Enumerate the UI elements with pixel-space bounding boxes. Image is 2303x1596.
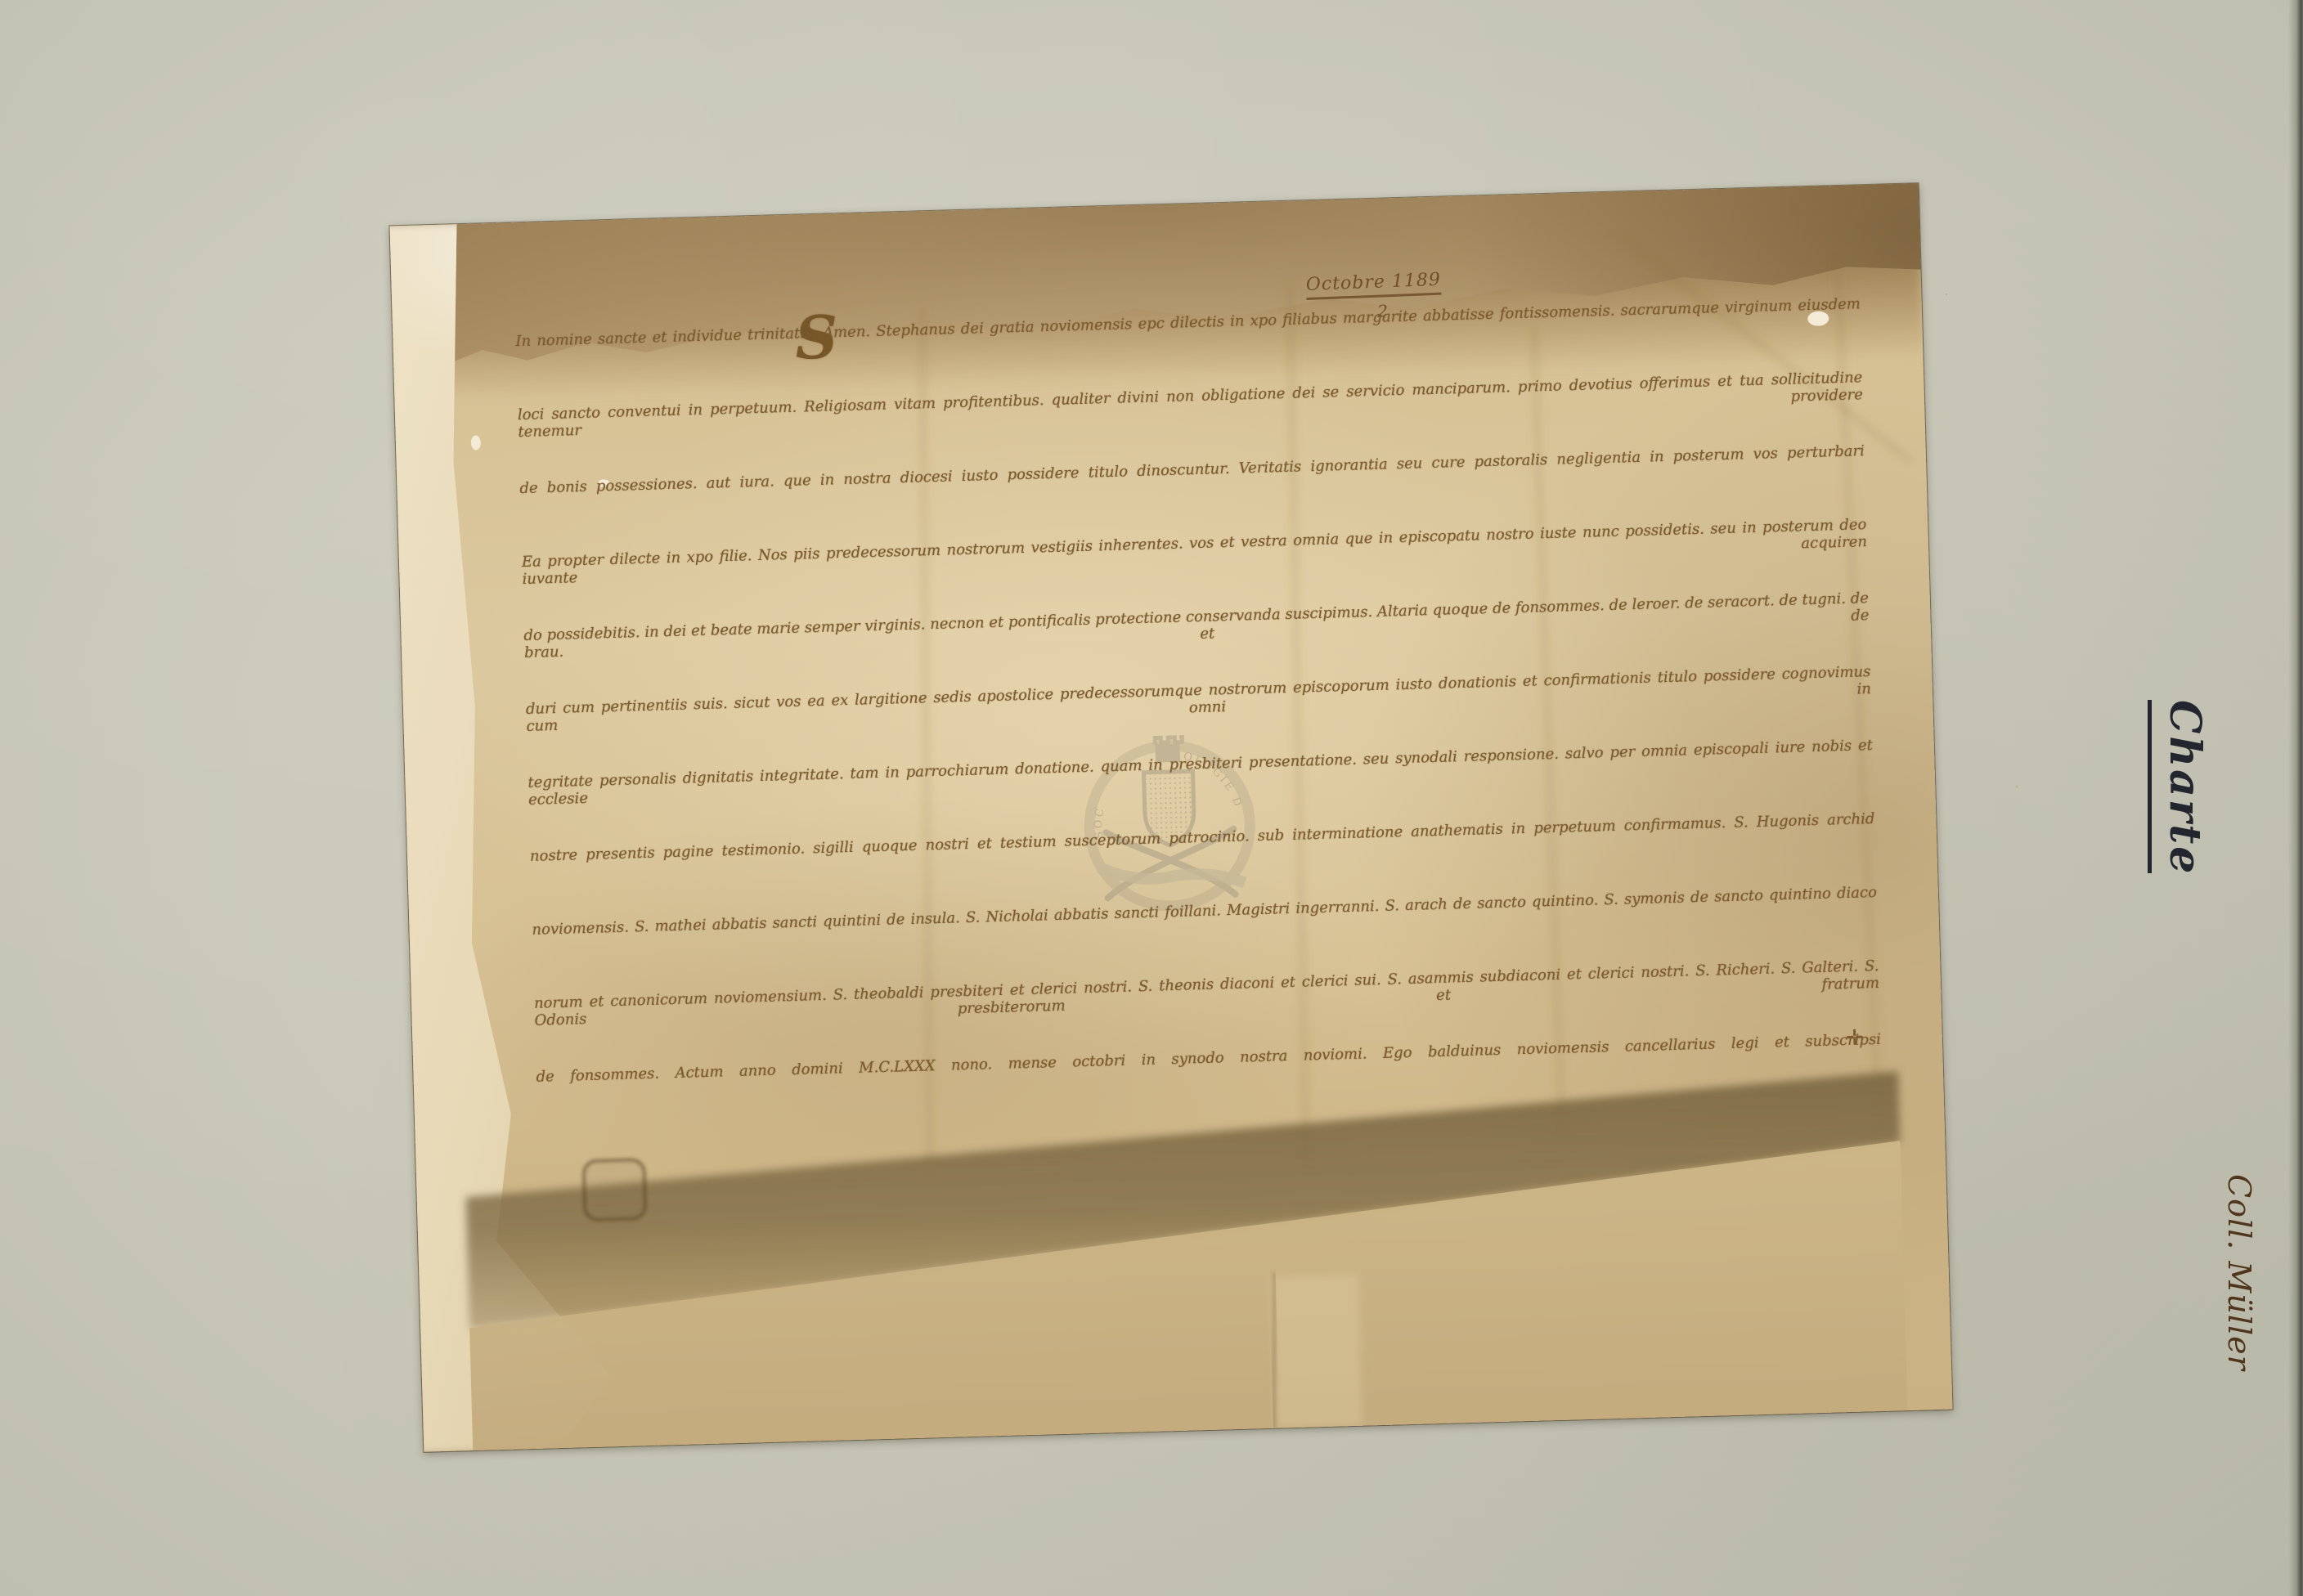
- card-right-edge: [2288, 0, 2303, 1596]
- charter-photograph: SOC OLOGIE D Octobre 1189 2 S In nomine …: [389, 183, 1952, 1452]
- mount-board: SOC OLOGIE D Octobre 1189 2 S In nomine …: [0, 0, 2303, 1596]
- charter-text-lines: In nomine sancte et individue trinitatis…: [389, 183, 1952, 1452]
- signature-cross-icon: ✛: [1845, 1025, 1865, 1051]
- collection-label: Coll. Müller: [2221, 1174, 2257, 1395]
- charte-label: Charte: [2148, 700, 2210, 873]
